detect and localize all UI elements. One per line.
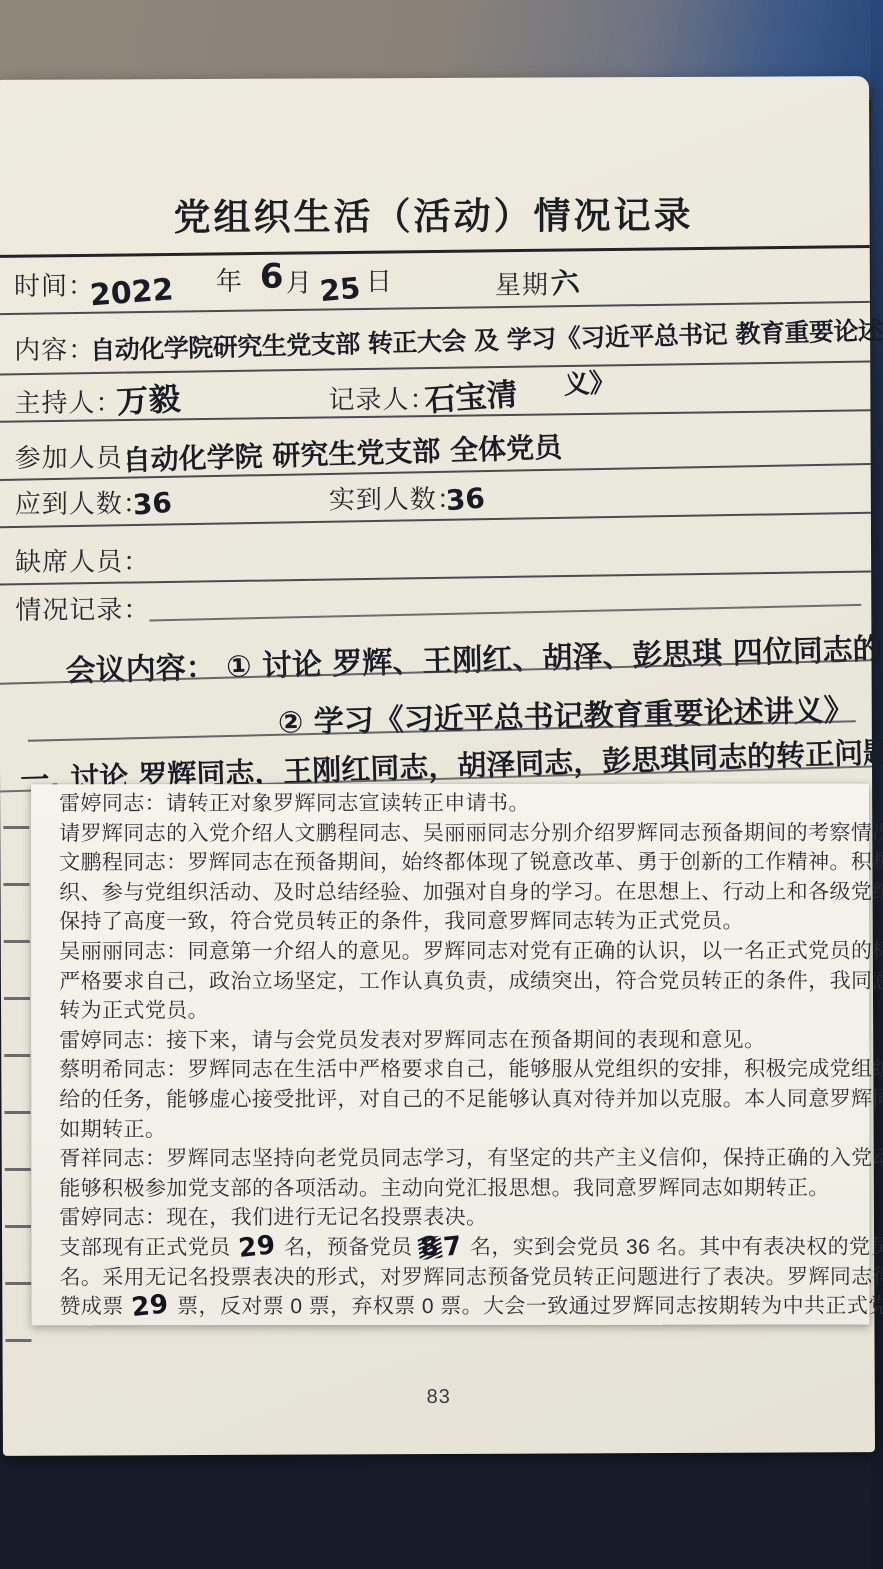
time-label: 时间： bbox=[14, 265, 95, 302]
actual-count-label: 实到人数： bbox=[329, 479, 464, 517]
host-value: 万毅 bbox=[115, 373, 182, 423]
actual-count-value: 36 bbox=[445, 481, 486, 517]
time-month-value: 6 bbox=[260, 257, 284, 297]
printed-text: 吴丽丽同志：同意第一介绍人的意见。罗辉同志对党有正确的认识，以一名正式党员的标准 bbox=[59, 940, 883, 964]
time-year-value: 2022 bbox=[89, 272, 175, 313]
minutes-line: 保持了高度一致，符合党员转正的条件，我同意罗辉同志转为正式党员。 bbox=[59, 907, 863, 937]
record-label: 情况记录： bbox=[15, 589, 150, 627]
minutes-line: 文鹏程同志：罗辉同志在预备期间，始终都体现了锐意改革、勇于创新的工作精神。积极组 bbox=[59, 848, 863, 878]
printed-text: 支部现有正式党员 bbox=[59, 1236, 236, 1259]
minutes-line: 雷婷同志：请转正对象罗辉同志宣读转正申请书。 bbox=[59, 789, 863, 819]
photo-of-notebook-page: 党组织生活（活动）情况记录 时间： 2022 年 6 月 25 日 星期 六 内… bbox=[0, 0, 883, 1569]
handwritten-number: 7 bbox=[442, 1233, 463, 1261]
minutes-line: 胥祥同志：罗辉同志坚持向老党员同志学习，有坚定的共产主义信仰，保持正确的入党动机… bbox=[59, 1144, 863, 1174]
month-suffix: 月 bbox=[286, 263, 313, 300]
minutes-line: 吴丽丽同志：同意第一介绍人的意见。罗辉同志对党有正确的认识，以一名正式党员的标准 bbox=[59, 937, 863, 967]
form-line bbox=[149, 604, 861, 622]
printed-text: 给的任务，能够虚心接受批评，对自己的不足能够认真对待并加以克服。本人同意罗辉同志 bbox=[59, 1087, 883, 1111]
minutes-line: 如期转正。 bbox=[59, 1114, 863, 1144]
expected-count-label: 应到人数： bbox=[15, 483, 150, 521]
printed-text: 名。采用无记名投票表决的形式，对罗辉同志预备党员转正问题进行了表决。罗辉同志得到 bbox=[59, 1265, 883, 1289]
minutes-line: 名。采用无记名投票表决的形式，对罗辉同志预备党员转正问题进行了表决。罗辉同志得到 bbox=[59, 1262, 863, 1292]
content-value: 自动化学院研究生党支部 转正大会 及 学习《习近平总书记 教育重要论述讲 bbox=[90, 310, 883, 367]
content-label: 内容： bbox=[14, 329, 95, 366]
printed-text: 雷婷同志：请转正对象罗辉同志宣读转正申请书。 bbox=[59, 792, 530, 815]
week-label: 星期 bbox=[495, 265, 549, 302]
absent-label: 缺席人员： bbox=[15, 541, 150, 579]
printed-text: 能够积极参加党支部的各项活动。主动向党汇报思想。我同意罗辉同志如期转正。 bbox=[59, 1176, 829, 1200]
handwritten-number: 8 bbox=[420, 1233, 441, 1261]
ruled-line-marks bbox=[3, 826, 31, 1388]
minutes-line: 请罗辉同志的入党介绍人文鹏程同志、吴丽丽同志分别介绍罗辉同志预备期间的考察情况。 bbox=[59, 818, 863, 848]
printed-text: 转为正式党员。 bbox=[59, 999, 209, 1022]
minutes-line: 支部现有正式党员 29 名，预备党员 87 名，实到会党员 36 名。其中有表决… bbox=[59, 1232, 863, 1262]
time-day-value: 25 bbox=[318, 271, 361, 309]
printed-text: 雷婷同志：现在，我们进行无记名投票表决。 bbox=[59, 1206, 487, 1229]
minutes-line: 蔡明希同志：罗辉同志在生活中严格要求自己，能够服从党组织的安排，积极完成党组织交 bbox=[59, 1055, 863, 1085]
printed-text: 蔡明希同志：罗辉同志在生活中严格要求自己，能够服从党组织的安排，积极完成党组织交 bbox=[59, 1058, 883, 1082]
notes-line-1: 会议内容： ① 讨论 罗辉、王刚红、胡泽、彭思琪 四位同志的转正问题 bbox=[65, 621, 883, 690]
day-suffix: 日 bbox=[366, 261, 393, 298]
printed-text: 名，实到会党员 36 名。其中有表决权的党员有 bbox=[464, 1235, 883, 1258]
printed-text: 如期转正。 bbox=[59, 1118, 166, 1141]
minutes-line: 雷婷同志：接下来，请与会党员发表对罗辉同志在预备期间的表现和意见。 bbox=[59, 1025, 863, 1055]
title-divider bbox=[0, 245, 870, 258]
minutes-line: 给的任务，能够虚心接受批评，对自己的不足能够认真对待并加以克服。本人同意罗辉同志 bbox=[59, 1085, 863, 1115]
notebook-page: 党组织生活（活动）情况记录 时间： 2022 年 6 月 25 日 星期 六 内… bbox=[0, 76, 875, 1456]
host-label: 主持人： bbox=[14, 382, 122, 419]
minutes-line: 织、参与党组织活动、及时总结经验、加强对自身的学习。在思想上、行动上和各级党组织 bbox=[59, 877, 863, 907]
handwritten-number: 29 bbox=[238, 1232, 278, 1262]
printed-text: 织、参与党组织活动、及时总结经验、加强对自身的学习。在思想上、行动上和各级党组织 bbox=[59, 880, 883, 904]
printed-text: 严格要求自己，政治立场坚定，工作认真负责，成绩突出，符合党员转正的条件，我同意其 bbox=[59, 969, 883, 993]
printed-text: 名，预备党员 bbox=[278, 1236, 419, 1259]
minutes-line: 赞成票 29 票，反对票 0 票，弃权票 0 票。大会一致通过罗辉同志按期转为中… bbox=[59, 1292, 863, 1322]
content-value-continuation: 义》 bbox=[562, 362, 616, 402]
printed-text: 保持了高度一致，符合党员转正的条件，我同意罗辉同志转为正式党员。 bbox=[59, 910, 744, 934]
page-title: 党组织生活（活动）情况记录 bbox=[0, 184, 870, 242]
minutes-line: 雷婷同志：现在，我们进行无记名投票表决。 bbox=[59, 1203, 863, 1233]
recorder-value: 石宝清 bbox=[423, 368, 519, 420]
printed-text: 票，反对票 0 票，弃权票 0 票。大会一致通过罗辉同志按期转为中共正式党员。 bbox=[171, 1295, 883, 1319]
page-number: 83 bbox=[3, 1384, 875, 1411]
year-suffix: 年 bbox=[216, 261, 243, 298]
minutes-line: 转为正式党员。 bbox=[59, 996, 863, 1026]
pasted-minutes-sheet: 雷婷同志：请转正对象罗辉同志宣读转正申请书。请罗辉同志的入党介绍人文鹏程同志、吴… bbox=[31, 784, 869, 1326]
minutes-line: 严格要求自己，政治立场坚定，工作认真负责，成绩突出，符合党员转正的条件，我同意其 bbox=[59, 966, 863, 996]
handwritten-number: 29 bbox=[131, 1291, 171, 1321]
minutes-line: 能够积极参加党支部的各项活动。主动向党汇报思想。我同意罗辉同志如期转正。 bbox=[59, 1173, 863, 1203]
recorder-label: 记录人： bbox=[328, 379, 436, 416]
expected-count-value: 36 bbox=[132, 486, 173, 522]
printed-text: 胥祥同志：罗辉同志坚持向老党员同志学习，有坚定的共产主义信仰，保持正确的入党动机… bbox=[59, 1147, 883, 1171]
printed-text: 文鹏程同志：罗辉同志在预备期间，始终都体现了锐意改革、勇于创新的工作精神。积极组 bbox=[59, 851, 883, 875]
printed-text: 雷婷同志：接下来，请与会党员发表对罗辉同志在预备期间的表现和意见。 bbox=[59, 1028, 765, 1052]
printed-text: 赞成票 bbox=[59, 1295, 129, 1318]
printed-text: 请罗辉同志的入党介绍人文鹏程同志、吴丽丽同志分别介绍罗辉同志预备期间的考察情况。 bbox=[59, 821, 883, 845]
week-value: 六 bbox=[549, 260, 581, 303]
